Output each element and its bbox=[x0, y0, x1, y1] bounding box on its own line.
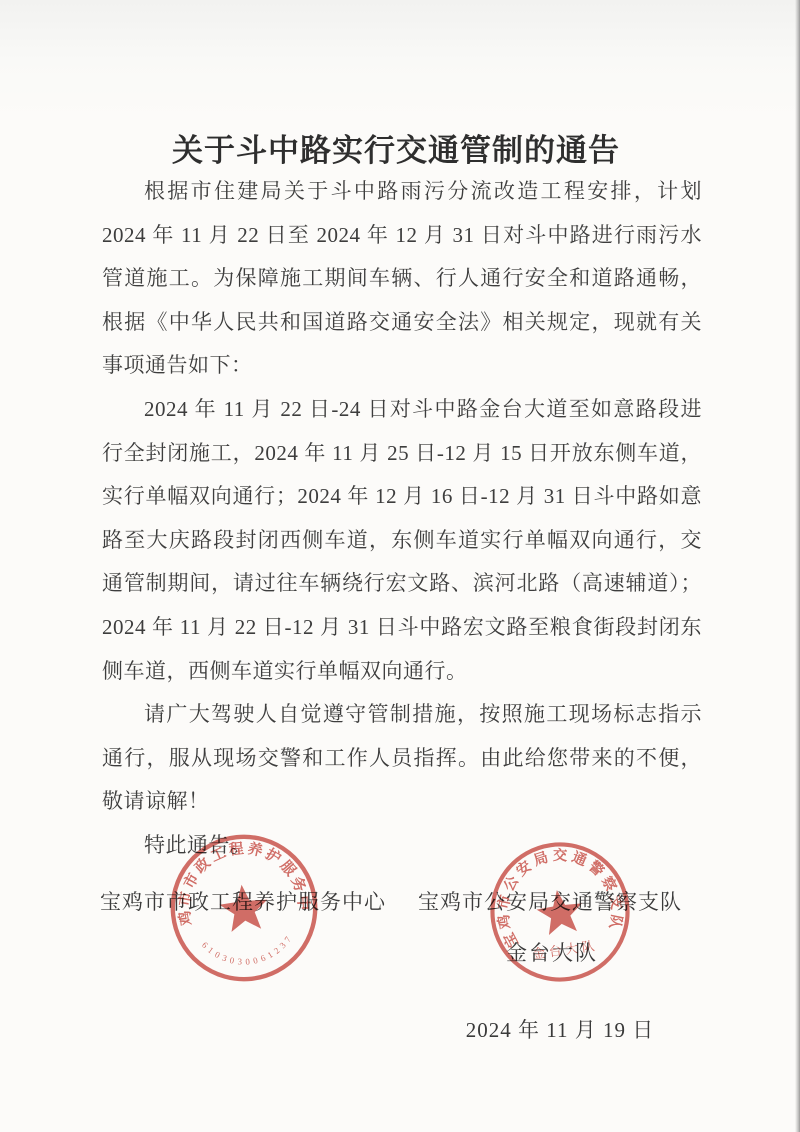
seal-bottom-text: 金台大队 bbox=[531, 938, 599, 962]
notice-paragraph-1: 根据市住建局关于斗中路雨污分流改造工程安排，计划 2024 年 11 月 22 … bbox=[102, 170, 702, 388]
notice-paragraph-2: 2024 年 11 月 22 日-24 日对斗中路金台大道至如意路段进行全封闭施… bbox=[102, 388, 702, 693]
official-seal-municipal: 宝鸡市市政工程养护服务中心 6103030061237 bbox=[158, 822, 329, 993]
notice-body: 根据市住建局关于斗中路雨污分流改造工程安排，计划 2024 年 11 月 22 … bbox=[102, 170, 702, 868]
official-seal-police: 宝鸡市公安局交通警察支队 金台大队 bbox=[476, 828, 643, 995]
notice-date: 2024 年 11 月 19 日 bbox=[420, 1014, 700, 1044]
notice-title: 关于斗中路实行交通管制的通告 bbox=[0, 125, 792, 170]
scanned-notice-page: 关于斗中路实行交通管制的通告 根据市住建局关于斗中路雨污分流改造工程安排，计划 … bbox=[0, 0, 800, 1132]
scan-edge-line bbox=[795, 0, 800, 1132]
star-icon bbox=[534, 887, 585, 936]
notice-paragraph-3: 请广大驾驶人自觉遵守管制措施，按照施工现场标志指示通行，服从现场交警和工作人员指… bbox=[102, 693, 702, 824]
star-icon bbox=[218, 882, 271, 933]
